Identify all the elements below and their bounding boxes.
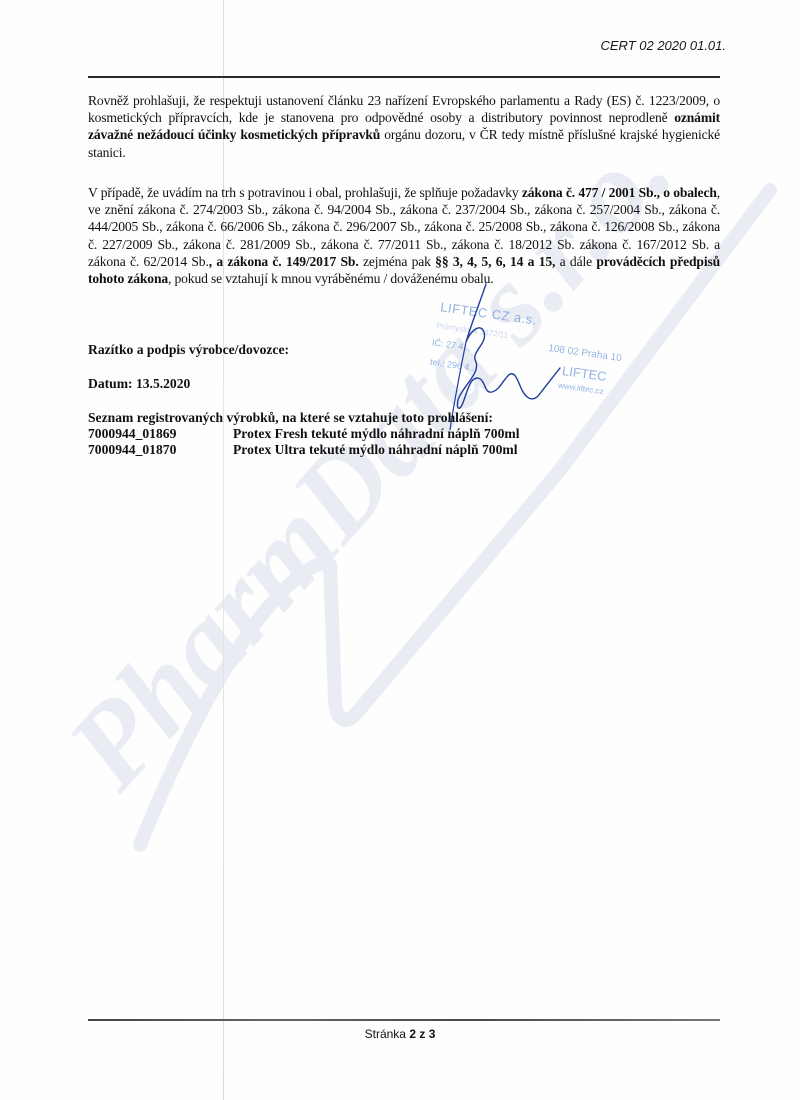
page-separator: z — [419, 1027, 425, 1041]
product-row: 7000944_01869Protex Fresh tekuté mýdlo n… — [88, 426, 520, 442]
body-text: Rovněž prohlašuji, že respektuji ustanov… — [88, 93, 720, 125]
product-row: 7000944_01870Protex Ultra tekuté mýdlo n… — [88, 442, 517, 458]
page-current: 2 — [409, 1027, 416, 1041]
product-name: Protex Ultra tekuté mýdlo náhradní náplň… — [233, 442, 517, 457]
stamp-signature-label: Razítko a podpis výrobce/dovozce: — [88, 342, 289, 358]
paragraph-packaging-declaration: V případě, že uvádím na trh s potravinou… — [88, 184, 720, 287]
document-page: PharmData s.r.o. CERT 02 2020 01.01. Rov… — [0, 0, 800, 1100]
page-word: Stránka — [365, 1027, 406, 1041]
page-number: Stránka 2 z 3 — [0, 1027, 800, 1041]
watermark-pharmdata: PharmData s.r.o. — [0, 0, 800, 1100]
emphasized-text: §§ 3, 4, 5, 6, 14 a 15, — [435, 254, 555, 269]
emphasized-text: zákona č. 477 / 2001 Sb., o obalech — [522, 185, 717, 200]
footer-rule — [88, 1019, 720, 1021]
body-text: zejména pak — [359, 254, 436, 269]
paragraph-cosmetics-declaration: Rovněž prohlašuji, že respektuji ustanov… — [88, 92, 720, 161]
body-text: V případě, že uvádím na trh s potravinou… — [88, 185, 522, 200]
document-code: CERT 02 2020 01.01. — [600, 38, 726, 53]
body-text: a dále — [555, 254, 596, 269]
product-name: Protex Fresh tekuté mýdlo náhradní náplň… — [233, 426, 520, 441]
product-code: 7000944_01869 — [88, 426, 233, 442]
header-rule — [88, 76, 720, 78]
scan-fold-line — [223, 0, 224, 1100]
date-label: Datum: 13.5.2020 — [88, 376, 190, 392]
product-list-heading: Seznam registrovaných výrobků, na které … — [88, 410, 493, 426]
page-total: 3 — [429, 1027, 436, 1041]
product-code: 7000944_01870 — [88, 442, 233, 458]
emphasized-text: , a zákona č. 149/2017 Sb. — [209, 254, 359, 269]
